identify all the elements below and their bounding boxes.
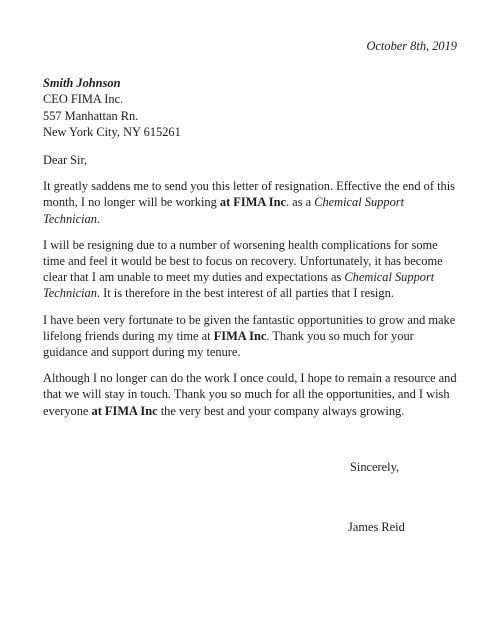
recipient-address-line1: 557 Manhattan Rn. xyxy=(43,108,457,124)
recipient-title: CEO FIMA Inc. xyxy=(43,91,457,107)
paragraph-4: Although I no longer can do the work I o… xyxy=(43,370,457,419)
company-name-bold: at FIMA Inc xyxy=(92,404,158,418)
valediction: Sincerely, xyxy=(350,459,457,475)
paragraph-1-text: . as a xyxy=(286,195,314,209)
paragraph-2: I will be resigning due to a number of w… xyxy=(43,237,457,302)
recipient-address-line2: New York City, NY 615261 xyxy=(43,124,457,140)
paragraph-1-text: . xyxy=(97,212,100,226)
paragraph-4-text: the very best and your company always gr… xyxy=(158,404,405,418)
signature-name: James Reid xyxy=(348,519,457,535)
company-name-bold: at FIMA Inc xyxy=(220,195,286,209)
recipient-block: Smith Johnson CEO FIMA Inc. 557 Manhatta… xyxy=(43,75,457,140)
letter-content: October 8th, 2019 Smith Johnson CEO FIMA… xyxy=(0,0,500,535)
paragraph-3: I have been very fortunate to be given t… xyxy=(43,312,457,361)
company-name-bold: FIMA Inc xyxy=(214,329,267,343)
letter-date: October 8th, 2019 xyxy=(43,38,457,54)
letter-page: October 8th, 2019 Smith Johnson CEO FIMA… xyxy=(0,0,500,644)
paragraph-1: It greatly saddens me to send you this l… xyxy=(43,178,457,227)
salutation: Dear Sir, xyxy=(43,152,457,168)
recipient-name: Smith Johnson xyxy=(43,75,457,91)
paragraph-2-text: . It is therefore in the best interest o… xyxy=(97,286,394,300)
